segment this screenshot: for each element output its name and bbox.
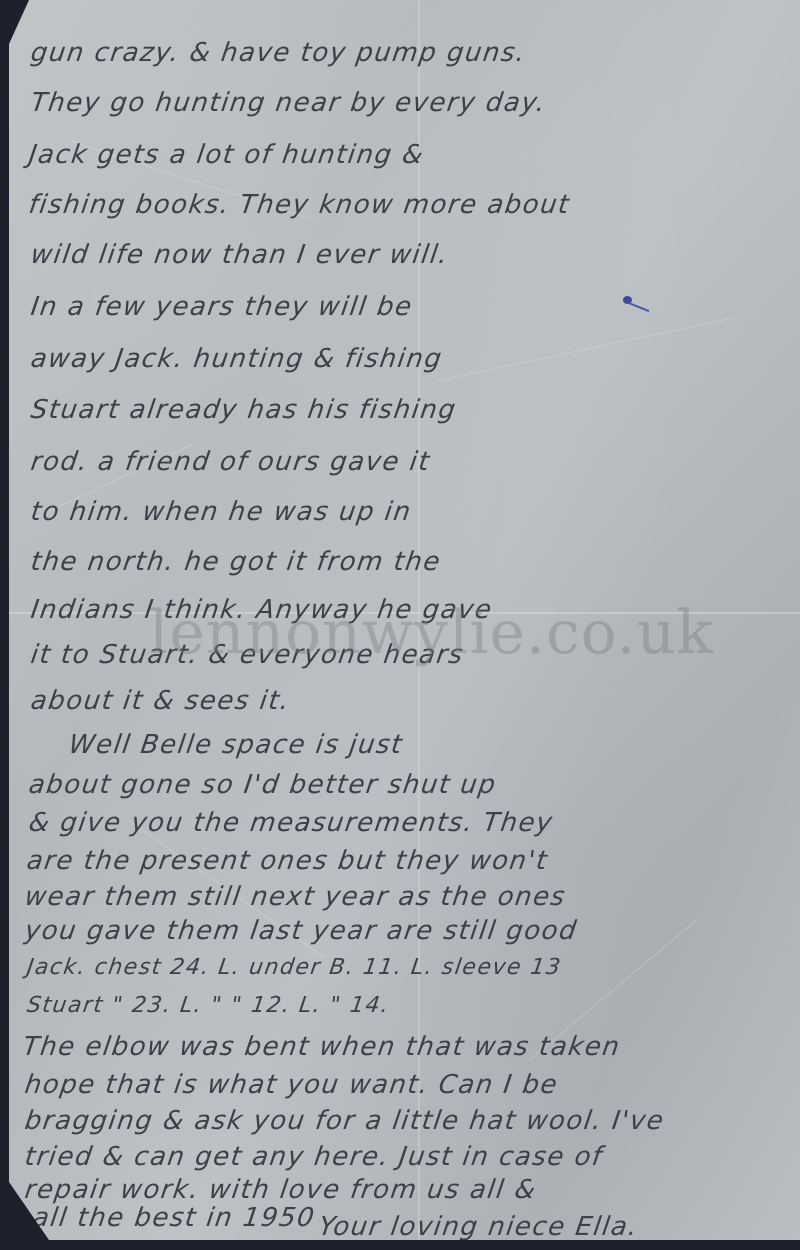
letter-line: to him. when he was up in	[29, 497, 414, 527]
letter-line: Indians I think. Anyway he gave	[29, 595, 495, 625]
letter-line: all the best in 1950	[31, 1203, 317, 1233]
letter-line: They go hunting near by every day.	[29, 88, 548, 118]
letter-line: Stuart already has his fishing	[29, 395, 459, 425]
paper-wrinkle	[439, 318, 733, 381]
letter-paper: gun crazy. & have toy pump guns. They go…	[9, 0, 800, 1240]
measurement-row-stuart: Stuart " 23. L. " " 12. L. " 14.	[25, 993, 391, 1018]
letter-line: tried & can get any here. Just in case o…	[23, 1142, 605, 1172]
letter-line: The elbow was bent when that was taken	[21, 1032, 623, 1062]
letter-line: rod. a friend of ours gave it	[29, 447, 433, 477]
letter-line: Jack gets a lot of hunting &	[27, 140, 426, 170]
letter-line: about it & sees it.	[29, 686, 292, 716]
scan-background-edge	[0, 1240, 800, 1250]
letter-line: repair work. with love from us all &	[23, 1175, 539, 1205]
letter-line: hope that is what you want. Can I be	[23, 1070, 560, 1100]
letter-line: about gone so I'd better shut up	[27, 770, 499, 800]
signature-line: Your loving niece Ella.	[317, 1212, 640, 1242]
scanned-letter: gun crazy. & have toy pump guns. They go…	[0, 0, 800, 1250]
ink-blot-smear	[628, 302, 649, 312]
letter-line: fishing books. They know more about	[27, 190, 572, 220]
letter-line: away Jack. hunting & fishing	[29, 344, 445, 374]
letter-line: are the present ones but they won't	[25, 846, 550, 876]
letter-line: Well Belle space is just	[67, 730, 405, 760]
letter-line: it to Stuart. & everyone hears	[29, 640, 466, 670]
letter-line: & give you the measurements. They	[27, 808, 555, 838]
letter-line: wild life now than I ever will.	[29, 240, 451, 270]
letter-line: gun crazy. & have toy pump guns.	[29, 38, 528, 68]
letter-line: In a few years they will be	[29, 292, 415, 322]
letter-line: you gave them last year are still good	[23, 916, 579, 946]
letter-line: bragging & ask you for a little hat wool…	[23, 1106, 667, 1136]
letter-line: the north. he got it from the	[29, 547, 443, 577]
letter-line: wear them still next year as the ones	[23, 882, 568, 912]
measurement-row-jack: Jack. chest 24. L. under B. 11. L. sleev…	[25, 955, 563, 980]
